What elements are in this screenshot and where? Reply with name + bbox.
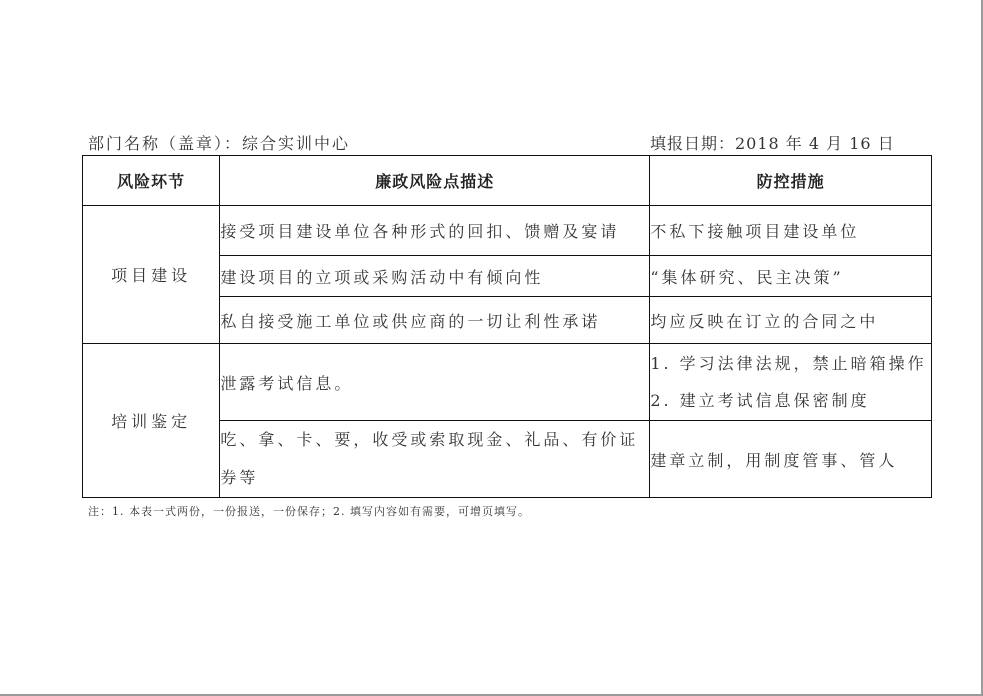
column-header-risk-stage: 风险环节 (83, 156, 220, 206)
column-header-control-measures: 防控措施 (650, 156, 932, 206)
category-cell: 培训鉴定 (83, 344, 220, 498)
measure-cell: 均应反映在订立的合同之中 (650, 297, 932, 344)
table-header-row: 风险环节 廉政风险点描述 防控措施 (83, 156, 932, 206)
report-date: 填报日期：2018 年 4 月 16 日 (650, 131, 895, 154)
description-cell: 接受项目建设单位各种形式的回扣、馈赠及宴请 (220, 206, 650, 256)
measure-cell: 建章立制，用制度管事、管人 (650, 421, 932, 498)
description-line: 券等 (220, 459, 649, 497)
measure-cell: 不私下接触项目建设单位 (650, 206, 932, 256)
description-cell: 泄露考试信息。 (220, 344, 650, 421)
measure-cell: “集体研究、民主决策” (650, 256, 932, 297)
risk-table: 风险环节 廉政风险点描述 防控措施 项目建设 接受项目建设单位各种形式的回扣、馈… (82, 155, 932, 498)
description-cell: 建设项目的立项或采购活动中有倾向性 (220, 256, 650, 297)
department-label: 部门名称（盖章）：综合实训中心 (88, 131, 350, 154)
table-row: 培训鉴定 泄露考试信息。 1. 学习法律法规，禁止暗箱操作 2. 建立考试信息保… (83, 344, 932, 421)
measure-line: 1. 学习法律法规，禁止暗箱操作 (650, 345, 931, 382)
footnote: 注：1. 本表一式两份，一份报送，一份保存；2. 填写内容如有需要，可增页填写。 (88, 503, 530, 519)
measure-line: 2. 建立考试信息保密制度 (650, 382, 931, 419)
category-cell: 项目建设 (83, 206, 220, 344)
measure-cell: 1. 学习法律法规，禁止暗箱操作 2. 建立考试信息保密制度 (650, 344, 932, 421)
table-row: 项目建设 接受项目建设单位各种形式的回扣、馈赠及宴请 不私下接触项目建设单位 (83, 206, 932, 256)
description-cell: 私自接受施工单位或供应商的一切让利性承诺 (220, 297, 650, 344)
description-line: 吃、拿、卡、要，收受或索取现金、礼品、有价证 (220, 421, 649, 459)
column-header-risk-description: 廉政风险点描述 (220, 156, 650, 206)
description-cell: 吃、拿、卡、要，收受或索取现金、礼品、有价证 券等 (220, 421, 650, 498)
